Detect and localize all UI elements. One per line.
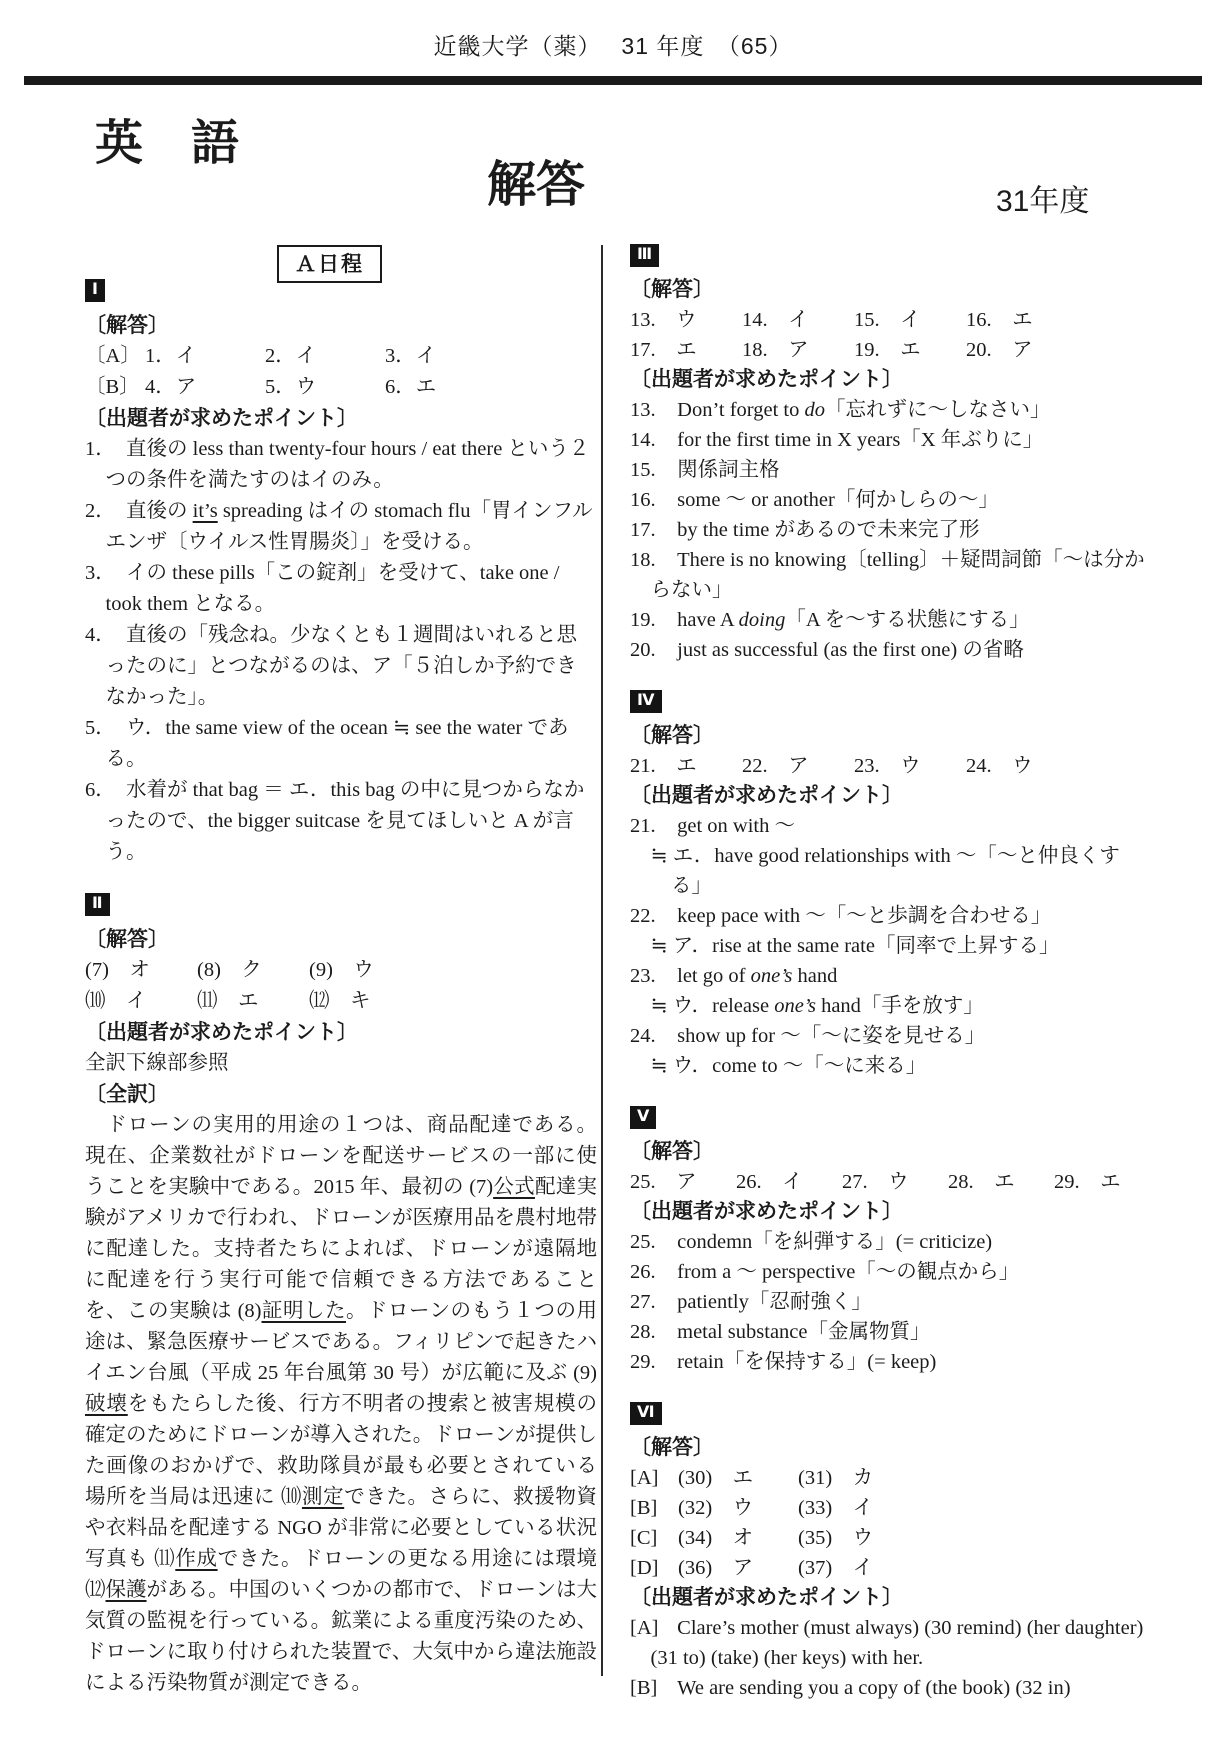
left-column: Ⅰ 〔解答〕 〔A〕 1．イ 2．イ 3．イ 〔B〕 4．ア 5．ウ 6．エ 〔…	[85, 278, 597, 1699]
answer-row: 17. エ 18. ア 19. エ 20. ア	[630, 335, 1150, 365]
right-column: Ⅲ 〔解答〕 13. ウ 14. イ 15. イ 16. エ 17. エ 18.…	[630, 243, 1150, 1703]
point-item: 22.keep pace with ～「～と歩調を合わせる」	[630, 901, 1150, 931]
answer-cell: (33) イ	[798, 1493, 918, 1523]
answer-cell: (31) カ	[798, 1463, 918, 1493]
answer-row: (7) オ (8) ク (9) ウ	[85, 955, 597, 986]
answer-cell: ⑽ イ	[85, 986, 197, 1017]
item-number: 1．	[85, 434, 126, 465]
section-6-marker: Ⅵ	[630, 1402, 662, 1425]
answer-row-label: 〔A〕	[85, 341, 145, 372]
answer-cell: 23. ウ	[854, 751, 966, 781]
kaito-heading: 〔解答〕	[630, 1433, 1150, 1463]
answer-cell: (37) イ	[798, 1553, 918, 1583]
blank-number: (9)	[573, 1362, 597, 1384]
answer-cell: 26. イ	[736, 1167, 842, 1197]
item-number: 13.	[630, 395, 677, 425]
point-item: 28.metal substance「金属物質」	[630, 1317, 1150, 1347]
item-number: [B]	[630, 1673, 677, 1703]
underlined-term: 作成	[175, 1548, 217, 1570]
point-text: We are sending you a copy of (the book) …	[677, 1677, 1070, 1699]
points-note: 全訳下線部参照	[85, 1048, 597, 1079]
point-item: 3．イの these pills「この錠剤」を受けて、take one / to…	[85, 558, 597, 620]
answer-cell: ⑿ キ	[309, 986, 421, 1017]
point-item: [A]Clare’s mother (must always) (30 remi…	[630, 1613, 1150, 1673]
answer-row-label: [C]	[630, 1523, 678, 1553]
answer-row: 21. エ 22. ア 23. ウ 24. ウ	[630, 751, 1150, 781]
item-number: 23.	[630, 961, 677, 991]
underlined-term: it’s	[193, 500, 218, 522]
point-item: 26.from a ～ perspective「～の観点から」	[630, 1257, 1150, 1287]
section-1-marker: Ⅰ	[85, 279, 105, 302]
point-item: 24.show up for ～「～に姿を見せる」	[630, 1021, 1150, 1051]
point-text: let go of	[677, 965, 750, 987]
page-header: 近畿大学（薬） 31 年度 （65）	[0, 28, 1226, 61]
point-item: 14.for the first time in X years「X 年ぶりに」	[630, 425, 1150, 455]
answer-row-label: 〔B〕	[85, 372, 145, 403]
section-2-header: Ⅱ	[85, 892, 597, 916]
section-4-header: Ⅳ	[630, 689, 1150, 713]
answer-cell: 27. ウ	[842, 1167, 948, 1197]
section-5-header: Ⅴ	[630, 1105, 1150, 1129]
point-item: 27.patiently「忍耐強く」	[630, 1287, 1150, 1317]
point-text: 「忘れずに～しなさい」	[825, 399, 1051, 421]
item-number: 24.	[630, 1021, 677, 1051]
para-text: できた。ドローンの更なる用途には環境	[218, 1548, 597, 1570]
item-number: 4．	[85, 620, 126, 651]
point-text: Clare’s mother (must always) (30 remind)…	[651, 1617, 1144, 1669]
answer-cell: 6．エ	[385, 372, 505, 403]
answer-row: [A] (30) エ (31) カ	[630, 1463, 1150, 1493]
header-rule	[24, 76, 1202, 85]
year-label: 31年度	[996, 176, 1089, 220]
italic-term: do	[805, 399, 826, 421]
point-text: ウ．the same view of the ocean ≒ see the w…	[106, 717, 569, 770]
answer-cell: 28. エ	[948, 1167, 1054, 1197]
answer-cell: (30) エ	[678, 1463, 798, 1493]
item-number: 5．	[85, 713, 126, 744]
item-number: 29.	[630, 1347, 677, 1377]
item-number: 19.	[630, 605, 677, 635]
answer-cell: 14. イ	[742, 305, 854, 335]
point-item: 4．直後の「残念ね。少なくとも１週間はいれると思ったのに」とつながるのは、ア「５…	[85, 620, 597, 713]
item-number: 26.	[630, 1257, 677, 1287]
kaito-heading: 〔解答〕	[85, 924, 597, 955]
point-text: イの these pills「この錠剤」を受けて、take one / took…	[106, 562, 560, 615]
points-heading: 〔出題者が求めたポイント〕	[630, 1583, 1150, 1613]
answer-row-label: [D]	[630, 1553, 678, 1583]
point-text: have A	[677, 609, 739, 631]
point-text: 関係詞主格	[677, 459, 780, 481]
answer-cell: 20. ア	[966, 335, 1078, 365]
answer-cell: 5．ウ	[265, 372, 385, 403]
point-text: metal substance「金属物質」	[677, 1321, 930, 1343]
point-text: by the time があるので未来完了形	[677, 519, 979, 541]
section-3-header: Ⅲ	[630, 243, 1150, 267]
translation-paragraph: ドローンの実用的用途の１つは、商品配達である。現在、企業数社がドローンを配送サー…	[85, 1110, 597, 1699]
underlined-term: 保護	[106, 1579, 147, 1601]
points-heading: 〔出題者が求めたポイント〕	[630, 365, 1150, 395]
item-number: 20.	[630, 635, 677, 665]
answer-cell: 19. エ	[854, 335, 966, 365]
blank-number: (8)	[238, 1300, 262, 1322]
point-text: for the first time in X years「X 年ぶりに」	[677, 429, 1043, 451]
point-text: condemn「を糾弾する」(= criticize)	[677, 1231, 992, 1253]
point-item: [B]We are sending you a copy of (the boo…	[630, 1673, 1150, 1703]
section-3-marker: Ⅲ	[630, 244, 659, 267]
answer-cell: 18. ア	[742, 335, 854, 365]
item-number: 14.	[630, 425, 677, 455]
blank-number: ⑾	[154, 1548, 175, 1570]
answer-cell: 3．イ	[385, 341, 505, 372]
kaito-heading: 〔解答〕	[630, 721, 1150, 751]
section-2-marker: Ⅱ	[85, 893, 110, 916]
point-subline: ≒ エ．have good relationships with ～「～と仲良く…	[630, 841, 1150, 901]
point-subline: ≒ ア．rise at the same rate「同率で上昇する」	[630, 931, 1150, 961]
column-divider	[601, 245, 603, 1676]
point-item: 6．水着が that bag ＝ エ．this bag の中に見つからなかったの…	[85, 775, 597, 868]
subject-title: 英 語	[95, 104, 239, 173]
item-number: 15.	[630, 455, 677, 485]
item-number: 6．	[85, 775, 126, 806]
point-text: retain「を保持する」(= keep)	[677, 1351, 936, 1373]
point-text: Don’t forget to	[677, 399, 804, 421]
answer-cell: 2．イ	[265, 341, 385, 372]
answer-row: [C] (34) オ (35) ウ	[630, 1523, 1150, 1553]
italic-term: one’s	[774, 995, 816, 1017]
points-heading: 〔出題者が求めたポイント〕	[85, 403, 597, 434]
answer-cell: 1．イ	[145, 341, 265, 372]
section-1-header: Ⅰ	[85, 278, 597, 302]
point-item: 2．直後の it’s spreading はイの stomach flu「胃イン…	[85, 496, 597, 558]
answer-cell: (35) ウ	[798, 1523, 918, 1553]
answer-cell: 25. ア	[630, 1167, 736, 1197]
answer-cell: (7) オ	[85, 955, 197, 986]
underlined-term: 破壊	[85, 1393, 128, 1415]
answer-row-label: [A]	[630, 1463, 678, 1493]
zenyaku-heading: 〔全訳〕	[85, 1079, 597, 1110]
points-heading: 〔出題者が求めたポイント〕	[630, 1197, 1150, 1227]
answer-row-label: [B]	[630, 1493, 678, 1523]
blank-number: ⑿	[85, 1579, 106, 1601]
point-text: keep pace with ～「～と歩調を合わせる」	[677, 905, 1051, 927]
kaito-heading: 〔解答〕	[85, 310, 597, 341]
answer-cell: (32) ウ	[678, 1493, 798, 1523]
blank-number: ⑽	[281, 1486, 302, 1508]
point-item: 1．直後の less than twenty-four hours / eat …	[85, 434, 597, 496]
points-heading: 〔出題者が求めたポイント〕	[630, 781, 1150, 811]
point-text: get on with ～	[677, 815, 795, 837]
point-text: from a ～ perspective「～の観点から」	[677, 1261, 1019, 1283]
point-subline: ≒ ウ．release one’s hand「手を放す」	[630, 991, 1150, 1021]
answer-row: 13. ウ 14. イ 15. イ 16. エ	[630, 305, 1150, 335]
point-item: 23.let go of one’s hand	[630, 961, 1150, 991]
kaito-heading: 〔解答〕	[630, 275, 1150, 305]
answer-row: ⑽ イ ⑾ エ ⑿ キ	[85, 986, 597, 1017]
underlined-term: 公式	[493, 1176, 535, 1198]
point-text: 水着が that bag ＝ エ．this bag の中に見つからなかったので、…	[106, 779, 585, 863]
point-text: hand「手を放す」	[816, 995, 984, 1017]
point-text: There is no knowing〔telling〕＋疑問詞節「～は分からな…	[651, 549, 1145, 601]
item-number: [A]	[630, 1613, 677, 1643]
point-item: 19.have A doing「A を～する状態にする」	[630, 605, 1150, 635]
item-number: 16.	[630, 485, 677, 515]
point-item: 25.condemn「を糾弾する」(= criticize)	[630, 1227, 1150, 1257]
point-text: patiently「忍耐強く」	[677, 1291, 872, 1313]
kaito-heading: 〔解答〕	[630, 1137, 1150, 1167]
section-4-marker: Ⅳ	[630, 690, 662, 713]
point-item: 17.by the time があるので未来完了形	[630, 515, 1150, 545]
point-text: 「A を～する状態にする」	[785, 609, 1029, 631]
point-item: 5．ウ．the same view of the ocean ≒ see the…	[85, 713, 597, 775]
answer-cell: 22. ア	[742, 751, 854, 781]
point-text: just as successful (as the first one) の省…	[677, 639, 1024, 661]
answer-cell: 16. エ	[966, 305, 1078, 335]
answer-cell: 13. ウ	[630, 305, 742, 335]
answer-cell: (34) オ	[678, 1523, 798, 1553]
italic-term: doing	[739, 609, 786, 631]
point-text: ≒ ウ．release	[651, 995, 775, 1017]
point-text: 直後の less than twenty-four hours / eat th…	[106, 438, 590, 491]
item-number: 3．	[85, 558, 126, 589]
point-text: some ～ or another「何かしらの～」	[677, 489, 999, 511]
point-subline: ≒ ウ．come to ～「～に来る」	[630, 1051, 1150, 1081]
point-text: 直後の「残念ね。少なくとも１週間はいれると思ったのに」とつながるのは、ア「５泊し…	[106, 624, 578, 708]
answer-cell: 29. エ	[1054, 1167, 1160, 1197]
item-number: 22.	[630, 901, 677, 931]
point-item: 15.関係詞主格	[630, 455, 1150, 485]
point-item: 13.Don’t forget to do「忘れずに～しなさい」	[630, 395, 1150, 425]
answer-row: [B] (32) ウ (33) イ	[630, 1493, 1150, 1523]
answer-cell: (36) ア	[678, 1553, 798, 1583]
answer-cell: 4．ア	[145, 372, 265, 403]
item-number: 2．	[85, 496, 126, 527]
section-6-header: Ⅵ	[630, 1401, 1150, 1425]
answer-cell: 24. ウ	[966, 751, 1078, 781]
item-number: 18.	[630, 545, 677, 575]
point-item: 16.some ～ or another「何かしらの～」	[630, 485, 1150, 515]
point-text: hand	[792, 965, 837, 987]
answer-row: 25. ア 26. イ 27. ウ 28. エ 29. エ	[630, 1167, 1150, 1197]
point-text: 直後の	[126, 500, 193, 522]
italic-term: one’s	[751, 965, 793, 987]
item-number: 28.	[630, 1317, 677, 1347]
underlined-term: 証明した	[262, 1300, 346, 1322]
answers-title: 解答	[487, 146, 585, 216]
answer-cell: (9) ウ	[309, 955, 421, 986]
underlined-term: 測定	[302, 1486, 344, 1508]
answer-cell: 17. エ	[630, 335, 742, 365]
answer-sheet-page: 近畿大学（薬） 31 年度 （65） 英 語 解答 31年度 Ａ日程 Ⅰ 〔解答…	[0, 0, 1226, 1747]
point-item: 18.There is no knowing〔telling〕＋疑問詞節「～は分…	[630, 545, 1150, 605]
point-item: 20.just as successful (as the first one)…	[630, 635, 1150, 665]
answer-row: [D] (36) ア (37) イ	[630, 1553, 1150, 1583]
item-number: 17.	[630, 515, 677, 545]
point-item: 21.get on with ～	[630, 811, 1150, 841]
points-heading: 〔出題者が求めたポイント〕	[85, 1017, 597, 1048]
answer-row: 〔A〕 1．イ 2．イ 3．イ	[85, 341, 597, 372]
para-text: がある。中国のいくつかの都市で、ドローンは大気質の監視を行っている。鉱業による重…	[85, 1579, 597, 1694]
point-text: show up for ～「～に姿を見せる」	[677, 1025, 985, 1047]
blank-number: (7)	[469, 1176, 493, 1198]
point-item: 29.retain「を保持する」(= keep)	[630, 1347, 1150, 1377]
section-5-marker: Ⅴ	[630, 1106, 656, 1129]
item-number: 27.	[630, 1287, 677, 1317]
answer-cell: 15. イ	[854, 305, 966, 335]
answer-row: 〔B〕 4．ア 5．ウ 6．エ	[85, 372, 597, 403]
answer-cell: (8) ク	[197, 955, 309, 986]
item-number: 25.	[630, 1227, 677, 1257]
item-number: 21.	[630, 811, 677, 841]
answer-cell: ⑾ エ	[197, 986, 309, 1017]
answer-cell: 21. エ	[630, 751, 742, 781]
